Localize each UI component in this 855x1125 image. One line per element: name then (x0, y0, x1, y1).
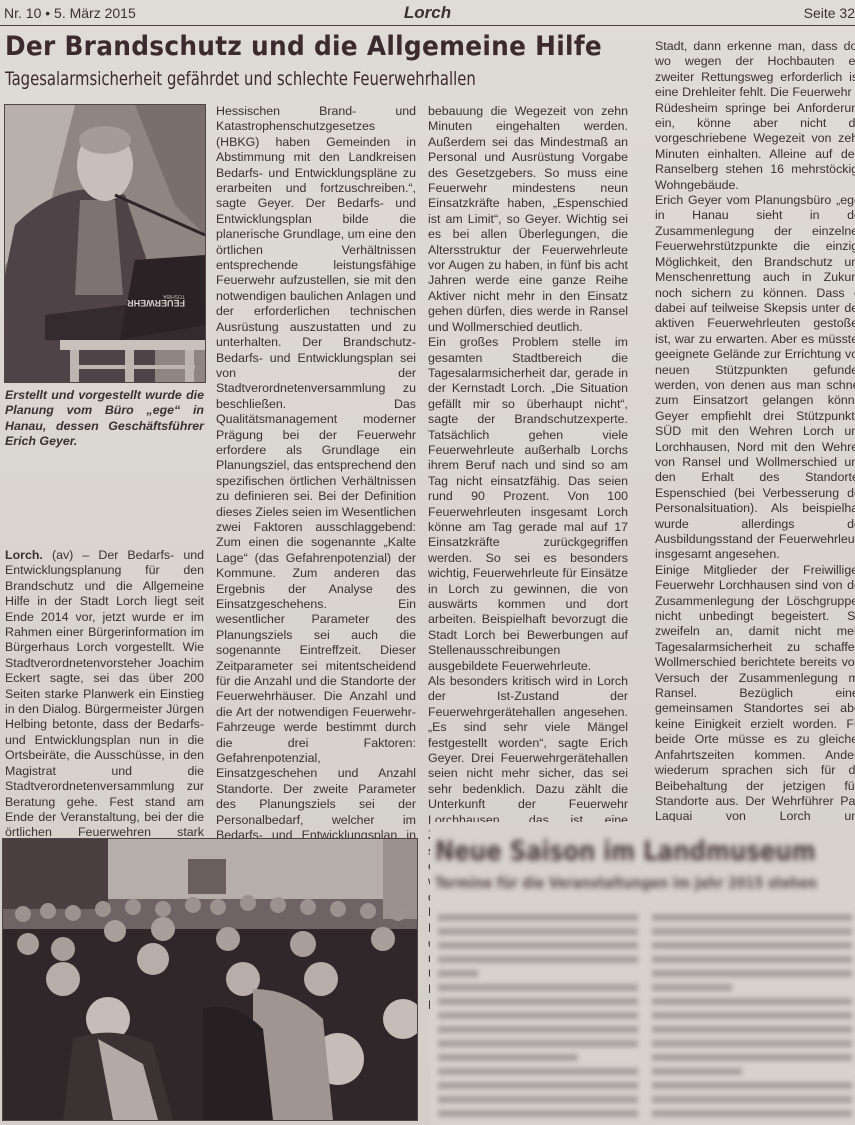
audience-photo (2, 838, 418, 1121)
page-number: Seite 32 (804, 5, 855, 21)
dateline: Lorch. (5, 548, 43, 562)
article-subheadline: Tagesalarmsicherheit gefährdet und schle… (5, 68, 476, 90)
photo-caption: Erstellt und vorgestellt wurde die Planu… (5, 388, 204, 450)
blurred-subheadline: Termine für die Veranstaltungen im Jahr … (435, 874, 817, 892)
page-header: Nr. 10 • 5. März 2015 Lorch Seite 32 (0, 0, 855, 26)
section-title: Lorch (0, 3, 855, 23)
speaker-illustration-icon: FEUERWEHR TOSHIBA (5, 105, 205, 382)
svg-text:TOSHIBA: TOSHIBA (162, 293, 185, 299)
paragraph: bebauung die Wegezeit von zehn Minuten e… (428, 104, 628, 335)
blurred-headline: Neue Saison im Landmuseum (435, 836, 816, 867)
blurred-text-column-1 (438, 914, 638, 1124)
paragraph: Erich Geyer vom Planungsbüro „ege“ in Ha… (655, 193, 855, 563)
blurred-article: Neue Saison im Landmuseum Termine für di… (430, 822, 855, 1125)
speaker-photo: FEUERWEHR TOSHIBA (4, 104, 206, 383)
paragraph: Stadt, dann erkenne man, dass dort wo we… (655, 39, 855, 193)
newspaper-page: Nr. 10 • 5. März 2015 Lorch Seite 32 Der… (0, 0, 855, 1125)
audience-illustration-icon (3, 839, 417, 1120)
paragraph: Ein großes Problem stelle im gesamten St… (428, 335, 628, 674)
blurred-text-column-2 (652, 914, 852, 1124)
paragraph: Hessischen Brand- und Katastrophenschutz… (216, 104, 416, 874)
article-headline: Der Brandschutz und die Allgemeine Hilfe (5, 31, 602, 62)
